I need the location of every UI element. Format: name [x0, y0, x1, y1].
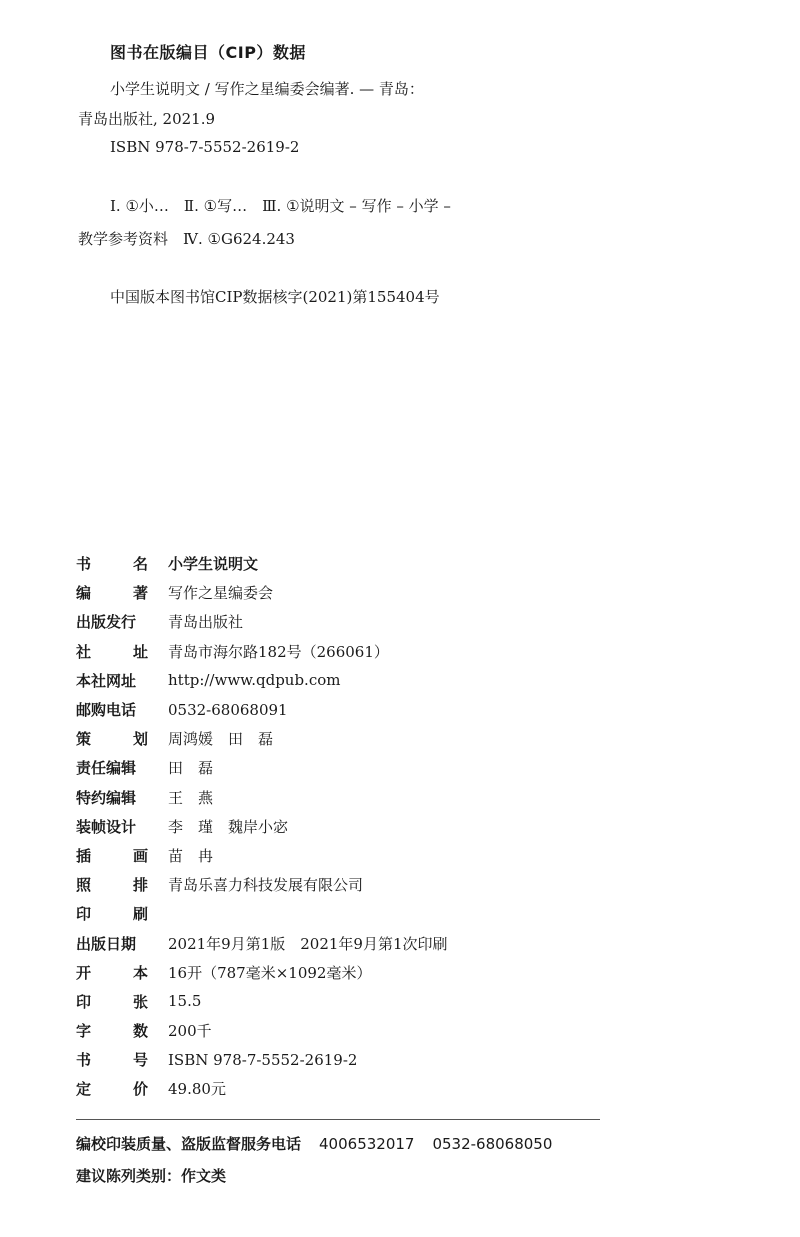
info-label: 编著	[76, 582, 148, 603]
info-label-part: 本社网址	[76, 670, 136, 691]
info-label-part: 价	[133, 1078, 148, 1099]
info-label-part: 策	[76, 728, 91, 749]
info-label-part: 名	[133, 553, 148, 574]
info-row: 定价49.80元	[76, 1074, 448, 1103]
info-label-part: 址	[133, 641, 148, 662]
info-label: 邮购电话	[76, 699, 148, 720]
info-label: 特约编辑	[76, 787, 148, 808]
publication-info-table: 书名小学生说明文编著写作之星编委会出版发行青岛出版社社址青岛市海尔路182号（2…	[76, 549, 448, 1104]
info-label-part: 出版日期	[76, 933, 136, 954]
hotline-label: 编校印装质量、盗版监督服务电话	[76, 1135, 301, 1153]
info-row: 照排青岛乐喜力科技发展有限公司	[76, 870, 448, 899]
info-label-part: 张	[133, 991, 148, 1012]
info-label: 照排	[76, 874, 148, 895]
info-label: 责任编辑	[76, 757, 148, 778]
info-label: 书号	[76, 1049, 148, 1070]
info-label-part: 特约编辑	[76, 787, 136, 808]
info-value: 李 瑾 魏岸小宓	[168, 816, 288, 837]
info-row: 装帧设计李 瑾 魏岸小宓	[76, 812, 448, 841]
info-label-part: 出版发行	[76, 611, 136, 632]
info-value: 青岛乐喜力科技发展有限公司	[168, 874, 363, 895]
info-row: 策划周鸿媛 田 磊	[76, 724, 448, 753]
info-value: http://www.qdpub.com	[168, 671, 340, 689]
info-label-part: 排	[133, 874, 148, 895]
info-label: 插画	[76, 845, 148, 866]
info-label-part: 划	[133, 728, 148, 749]
info-row: 社址青岛市海尔路182号（266061）	[76, 637, 448, 666]
info-value: 16开（787毫米×1092毫米）	[168, 962, 371, 983]
info-label-part: 印	[76, 991, 91, 1012]
info-row: 编著写作之星编委会	[76, 578, 448, 607]
info-row: 书名小学生说明文	[76, 549, 448, 578]
info-label: 社址	[76, 641, 148, 662]
info-value: 2021年9月第1版 2021年9月第1次印刷	[168, 933, 448, 954]
display-category: 建议陈列类别：作文类	[76, 1165, 226, 1186]
info-label-part: 责任编辑	[76, 757, 136, 778]
info-label-part: 定	[76, 1078, 91, 1099]
info-label: 出版发行	[76, 611, 148, 632]
cip-classification: Ⅰ. ①小… Ⅱ. ①写… Ⅲ. ①说明文 – 写作 – 小学 –	[110, 195, 451, 216]
info-row: 书号ISBN 978-7-5552-2619-2	[76, 1045, 448, 1074]
info-value: 苗 冉	[168, 845, 213, 866]
info-row: 出版发行青岛出版社	[76, 607, 448, 636]
info-label-part: 编	[76, 582, 91, 603]
info-label-part: 画	[133, 845, 148, 866]
info-value: 写作之星编委会	[168, 582, 273, 603]
info-label-part: 社	[76, 641, 91, 662]
info-label-part: 字	[76, 1020, 91, 1041]
info-label-part: 印	[76, 903, 91, 924]
cip-classification-cont: 教学参考资料 Ⅳ. ①G624.243	[78, 228, 295, 249]
info-row: 插画苗 冉	[76, 841, 448, 870]
info-row: 邮购电话0532-68068091	[76, 695, 448, 724]
info-label: 装帧设计	[76, 816, 148, 837]
divider-rule	[76, 1119, 600, 1120]
info-label-part: 装帧设计	[76, 816, 136, 837]
info-row: 开本16开（787毫米×1092毫米）	[76, 958, 448, 987]
info-label-part: 号	[133, 1049, 148, 1070]
info-label: 印张	[76, 991, 148, 1012]
info-label-part: 照	[76, 874, 91, 895]
info-value: 200千	[168, 1020, 212, 1041]
cip-title-line-cont: 青岛出版社, 2021.9	[78, 108, 215, 129]
info-label-part: 著	[133, 582, 148, 603]
cip-number: 中国版本图书馆CIP数据核字(2021)第155404号	[110, 286, 440, 307]
info-value: 青岛市海尔路182号（266061）	[168, 641, 389, 662]
info-row: 本社网址http://www.qdpub.com	[76, 666, 448, 695]
info-value: 青岛出版社	[168, 611, 243, 632]
info-value: 小学生说明文	[168, 553, 258, 574]
info-label: 定价	[76, 1078, 148, 1099]
info-value: 15.5	[168, 992, 201, 1010]
info-label: 书名	[76, 553, 148, 574]
info-label: 印刷	[76, 903, 148, 924]
info-value: 49.80元	[168, 1078, 226, 1099]
info-label-part: 插	[76, 845, 91, 866]
info-row: 特约编辑王 燕	[76, 783, 448, 812]
info-label-part: 开	[76, 962, 91, 983]
info-value: ISBN 978-7-5552-2619-2	[168, 1051, 357, 1069]
info-label: 开本	[76, 962, 148, 983]
cip-isbn: ISBN 978-7-5552-2619-2	[110, 138, 299, 156]
hotline-number-1: 4006532017	[319, 1135, 414, 1153]
info-label-part: 刷	[133, 903, 148, 924]
info-row: 印张15.5	[76, 987, 448, 1016]
info-value: 0532-68068091	[168, 701, 288, 719]
info-label-part: 邮购电话	[76, 699, 136, 720]
quality-hotline: 编校印装质量、盗版监督服务电话40065320170532-68068050	[76, 1133, 552, 1154]
info-value: 王 燕	[168, 787, 213, 808]
info-label-part: 数	[133, 1020, 148, 1041]
info-row: 印刷	[76, 899, 448, 928]
info-label: 出版日期	[76, 933, 148, 954]
info-row: 出版日期2021年9月第1版 2021年9月第1次印刷	[76, 928, 448, 957]
info-row: 字数200千	[76, 1016, 448, 1045]
info-label: 策划	[76, 728, 148, 749]
cip-heading: 图书在版编目（CIP）数据	[110, 40, 306, 63]
hotline-number-2: 0532-68068050	[432, 1135, 552, 1153]
info-label-part: 书	[76, 553, 91, 574]
info-label: 本社网址	[76, 670, 148, 691]
info-row: 责任编辑田 磊	[76, 753, 448, 782]
info-label-part: 本	[133, 962, 148, 983]
cip-title-line: 小学生说明文 / 写作之星编委会编著. — 青岛：	[110, 78, 424, 99]
info-value: 周鸿媛 田 磊	[168, 728, 273, 749]
info-value: 田 磊	[168, 757, 213, 778]
info-label: 字数	[76, 1020, 148, 1041]
info-label-part: 书	[76, 1049, 91, 1070]
